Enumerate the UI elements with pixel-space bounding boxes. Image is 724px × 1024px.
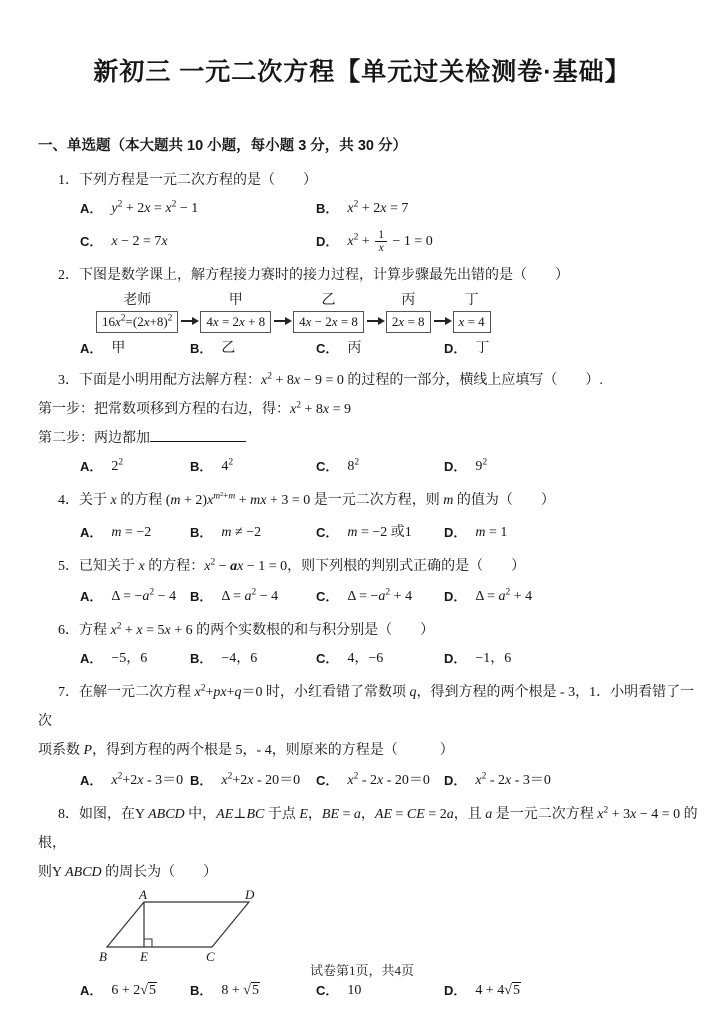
question-7: 7．在解一元二次方程 x2+px+q＝0 时，小红看错了常数项 q，得到方程的两… — [38, 678, 702, 794]
page-title: 新初三 一元二次方程【单元过关检测卷·基础】 — [30, 54, 694, 90]
question-3-stem: 3．下面是小明用配方法解方程：x2 + 8x − 9 = 0 的过程的一部分，横… — [38, 366, 702, 395]
flow-box-bing: 2x = 8 — [386, 311, 431, 333]
flow-box-ding: x = 4 — [453, 311, 491, 333]
question-1-options-row-2: C．x − 2 = 7x D．x2 + 1x − 1 = 0 — [80, 228, 702, 255]
option-5c: C．Δ = −a2 + 4 — [316, 583, 444, 610]
option-2b: B．乙 — [190, 335, 316, 362]
option-3a: A．22 — [80, 453, 190, 480]
question-2-options: A．甲 B．乙 C．丙 D．丁 — [80, 335, 702, 362]
relay-flowchart: 老师 16x2=(2x+8)2 甲 4x = 2x + 8 乙 4x − 2x … — [96, 292, 702, 333]
question-2-stem: 2．下图是数学课上，解方程接力赛时的接力过程，计算步骤最先出错的是（ ） — [38, 261, 702, 290]
option-7a: A．x2+2x - 3＝0 — [80, 767, 190, 794]
option-5d: D．Δ = a2 + 4 — [444, 583, 532, 610]
flow-box-yi: 4x − 2x = 8 — [293, 311, 364, 333]
flow-box-jia: 4x = 2x + 8 — [200, 311, 271, 333]
option-8b: B．8 + √5 — [190, 977, 316, 1004]
question-4: 4．关于 x 的方程 (m + 2)xm²+m + mx + 3 = 0 是一元… — [38, 486, 702, 546]
option-4b: B．m ≠ −2 — [190, 519, 316, 546]
flow-unit-yi: 乙 4x − 2x = 8 — [293, 292, 364, 333]
option-4c: C．m = −2 或1 — [316, 519, 444, 546]
section-heading: 一、单选题（本大题共 10 小题，每小题 3 分，共 30 分） — [38, 136, 684, 156]
question-5: 5．已知关于 x 的方程：x2 − ax − 1 = 0，则下列根的判别式正确的… — [38, 552, 702, 610]
option-2a: A．甲 — [80, 335, 190, 362]
arrow-right-icon — [434, 320, 450, 322]
option-2c: C．丙 — [316, 335, 444, 362]
option-1d: D．x2 + 1x − 1 = 0 — [316, 228, 433, 255]
question-6-options: A．−5，6 B．−4，6 C．4，−6 D．−1，6 — [80, 645, 702, 672]
flow-unit-bing: 丙 2x = 8 — [386, 292, 431, 333]
option-6c: C．4，−6 — [316, 645, 444, 672]
flow-unit-teacher: 老师 16x2=(2x+8)2 — [96, 292, 178, 333]
option-6d: D．−1，6 — [444, 645, 511, 672]
option-2d: D．丁 — [444, 335, 489, 362]
question-2: 2．下图是数学课上，解方程接力赛时的接力过程，计算步骤最先出错的是（ ） 老师 … — [38, 261, 702, 362]
option-3b: B．42 — [190, 453, 316, 480]
question-8-stem: 8．如图，在Y ABCD 中，AE⊥BC 于点 E，BE = a，AE = CE… — [38, 800, 702, 887]
option-5b: B．Δ = a2 − 4 — [190, 583, 316, 610]
question-5-options: A．Δ = −a2 − 4 B．Δ = a2 − 4 C．Δ = −a2 + 4… — [80, 583, 702, 610]
arrow-right-icon — [181, 320, 197, 322]
question-7-options: A．x2+2x - 3＝0 B．x2+2x - 20＝0 C．x2 - 2x -… — [80, 767, 702, 794]
option-6b: B．−4，6 — [190, 645, 316, 672]
question-8-options: A．6 + 2√5 B．8 + √5 C．10 D．4 + 4√5 — [80, 977, 702, 1004]
question-6-stem: 6．方程 x2 + x = 5x + 6 的两个实数根的和与积分别是（ ） — [38, 616, 702, 645]
question-6: 6．方程 x2 + x = 5x + 6 的两个实数根的和与积分别是（ ） A．… — [38, 616, 702, 672]
option-6a: A．−5，6 — [80, 645, 190, 672]
question-4-options: A．m = −2 B．m ≠ −2 C．m = −2 或1 D．m = 1 — [80, 519, 702, 546]
question-3-step-2: 第二步：两边都加 — [38, 424, 702, 453]
option-5a: A．Δ = −a2 − 4 — [80, 583, 190, 610]
option-4d: D．m = 1 — [444, 519, 507, 546]
arrow-right-icon — [274, 320, 290, 322]
question-3-options: A．22 B．42 C．82 D．92 — [80, 453, 702, 480]
option-1b: B．x2 + 2x = 7 — [316, 195, 408, 222]
question-1-options-row-1: A．y2 + 2x = x2 − 1 B．x2 + 2x = 7 — [80, 195, 702, 222]
question-3-step-1: 第一步：把常数项移到方程的右边，得：x2 + 8x = 9 — [38, 395, 702, 424]
parallelogram-figure: A D B E C — [94, 890, 702, 973]
question-1: 1．下列方程是一元二次方程的是（ ） A．y2 + 2x = x2 − 1 B．… — [38, 166, 702, 255]
option-7d: D．x2 - 2x - 3＝0 — [444, 767, 551, 794]
vertex-label-a: A — [138, 890, 147, 902]
option-8c: C．10 — [316, 977, 444, 1004]
flow-unit-jia: 甲 4x = 2x + 8 — [200, 292, 271, 333]
question-7-stem: 7．在解一元二次方程 x2+px+q＝0 时，小红看错了常数项 q，得到方程的两… — [38, 678, 702, 765]
option-7b: B．x2+2x - 20＝0 — [190, 767, 316, 794]
option-3d: D．92 — [444, 453, 487, 480]
flow-unit-ding: 丁 x = 4 — [453, 292, 491, 333]
vertex-label-d: D — [244, 890, 255, 902]
question-1-stem: 1．下列方程是一元二次方程的是（ ） — [38, 166, 702, 195]
question-4-stem: 4．关于 x 的方程 (m + 2)xm²+m + mx + 3 = 0 是一元… — [38, 486, 702, 515]
page-footer: 试卷第1页，共4页 — [0, 962, 724, 980]
question-5-stem: 5．已知关于 x 的方程：x2 − ax − 1 = 0，则下列根的判别式正确的… — [38, 552, 702, 581]
flow-box-teacher: 16x2=(2x+8)2 — [96, 311, 178, 333]
question-3: 3．下面是小明用配方法解方程：x2 + 8x − 9 = 0 的过程的一部分，横… — [38, 366, 702, 480]
option-4a: A．m = −2 — [80, 519, 190, 546]
option-1a: A．y2 + 2x = x2 − 1 — [80, 195, 316, 222]
option-8d: D．4 + 4√5 — [444, 977, 521, 1004]
option-7c: C．x2 - 2x - 20＝0 — [316, 767, 444, 794]
option-3c: C．82 — [316, 453, 444, 480]
arrow-right-icon — [367, 320, 383, 322]
option-1c: C．x − 2 = 7x — [80, 228, 316, 255]
exam-paper-page: 新初三 一元二次方程【单元过关检测卷·基础】 一、单选题（本大题共 10 小题，… — [0, 0, 724, 1024]
option-8a: A．6 + 2√5 — [80, 977, 190, 1004]
